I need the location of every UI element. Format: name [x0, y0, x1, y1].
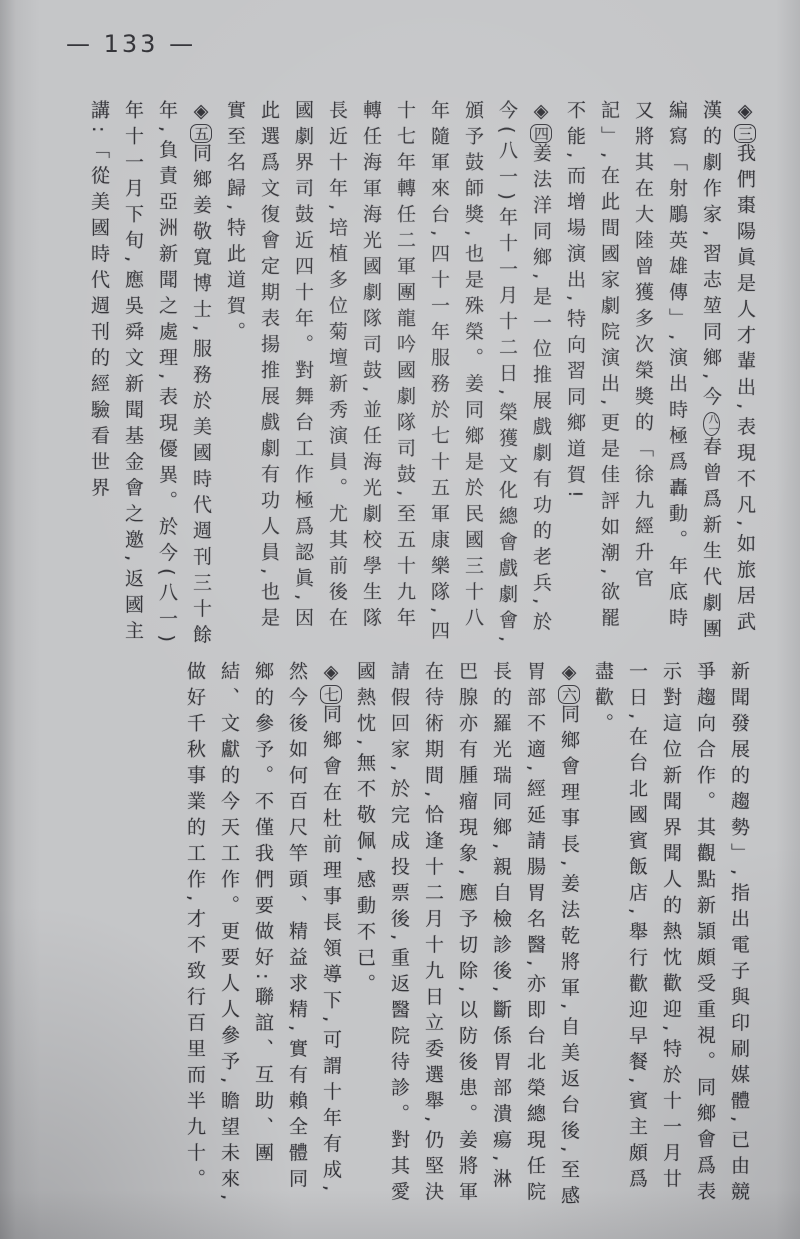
- item-number: 五: [190, 124, 212, 143]
- item-bullet-icon: ◈: [530, 100, 552, 124]
- article-item-6: ◈六同鄉會理事長,姜法乾將軍,自美返台後,至感胃部不適,經延請腸胃名醫,亦即台北…: [348, 661, 586, 1217]
- article-item-3: ◈三我們棗陽眞是人才輩出,表現不凡,如旅居武漢的劇作家,習志堃同鄉,今八一春曾爲…: [558, 100, 762, 652]
- article-text: 姜法洋同鄉,是一位推展戲劇有功的老兵,於今(八一)年十一月十二日,榮獲文化總會戲…: [224, 100, 552, 649]
- item-number: 七: [320, 685, 342, 704]
- item-number: 三: [734, 124, 756, 143]
- scanned-document-page: — 133 — ◈三我們棗陽眞是人才輩出,表現不凡,如旅居武漢的劇作家,習志堃同…: [0, 0, 800, 1239]
- article-text: 春曾爲新生代劇團編寫「射鵰英雄傳」,演出時極爲轟動。年底時又將其在大陸曾獲多次榮…: [564, 100, 722, 644]
- text-band-upper: ◈三我們棗陽眞是人才輩出,表現不凡,如旅居武漢的劇作家,習志堃同鄉,今八一春曾爲…: [70, 100, 762, 652]
- item-number: 四: [530, 124, 552, 143]
- article-item-7: ◈七同鄉會在杜前理事長領導下,可謂十年有成,然今後如何百尺竿頭、精益求精,實有賴…: [178, 661, 348, 1217]
- item-bullet-icon: ◈: [558, 661, 580, 685]
- year-circle-badge: 八一: [703, 412, 720, 436]
- article-text: 新聞發展的趨勢」,指出電子與印刷媒體,已由競爭趨向合作。其觀點新頴頗受重視。同鄉…: [592, 661, 750, 1207]
- article-text: 同鄉會在杜前理事長領導下,可謂十年有成,然今後如何百尺竿頭、精益求精,實有賴全體…: [184, 661, 342, 1207]
- item-bullet-icon: ◈: [320, 661, 342, 685]
- article-item-4: ◈四姜法洋同鄉,是一位推展戲劇有功的老兵,於今(八一)年十一月十二日,榮獲文化總…: [218, 100, 558, 652]
- article-text: 同鄉會理事長,姜法乾將軍,自美返台後,至感胃部不適,經延請腸胃名醫,亦即台北榮總…: [354, 661, 580, 1211]
- item-bullet-icon: ◈: [190, 100, 212, 124]
- article-item-5-continued: 新聞發展的趨勢」,指出電子與印刷媒體,已由競爭趨向合作。其觀點新頴頗受重視。同鄉…: [586, 661, 756, 1217]
- text-band-lower: 新聞發展的趨勢」,指出電子與印刷媒體,已由競爭趨向合作。其觀點新頴頗受重視。同鄉…: [94, 661, 756, 1217]
- item-number: 六: [558, 685, 580, 704]
- article-item-5: ◈五同鄉姜敬寬博士,服務於美國時代週刊三十餘年,負責亞洲新聞之處理,表現優異。於…: [82, 100, 218, 652]
- article-text: 同鄉姜敬寬博士,服務於美國時代週刊三十餘年,負責亞洲新聞之處理,表現優異。於今(…: [88, 100, 212, 650]
- page-number: — 133 —: [66, 30, 196, 58]
- item-bullet-icon: ◈: [734, 100, 756, 124]
